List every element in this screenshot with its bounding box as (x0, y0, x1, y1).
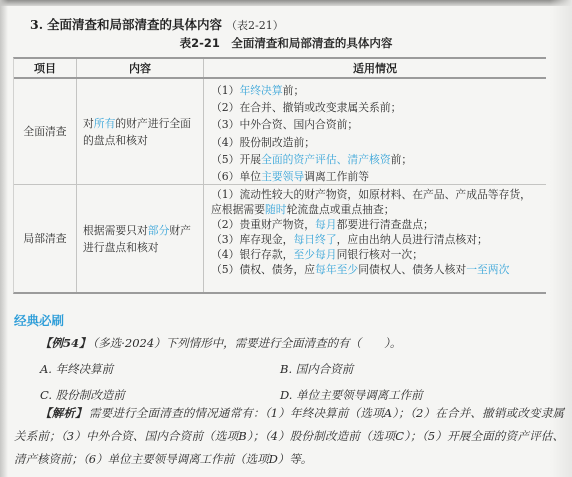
page-top-shadow (0, 0, 572, 6)
section-heading: 3. 全面清查和局部清查的具体内容 （表2-21） (30, 15, 284, 33)
situation-item: （5）开展全面的资产评估、清产核资前； (211, 151, 541, 168)
page-left-shadow (0, 0, 8, 477)
col-header-item: 项目 (14, 59, 77, 77)
option-c: C. 股份制改造前 (40, 387, 280, 403)
table-header-row: 项目 内容 适用情况 (14, 59, 546, 79)
inventory-check-table: 项目 内容 适用情况 全面清查 对所有的财产进行全面的盘点和核对 （1）年终决算… (13, 57, 546, 294)
col-header-situation: 适用情况 (204, 59, 546, 77)
row-item-label: 局部清查 (14, 185, 77, 292)
situation-item: （3）库存现金，每日终了，应由出纳人员进行清点核对； (211, 232, 541, 247)
situation-item: （4）股份制改造前； (211, 134, 541, 151)
analysis-tag: 【解析】 (40, 406, 87, 420)
textbook-page: 3. 全面清查和局部清查的具体内容 （表2-21） 表2-21 全面清查和局部清… (0, 0, 572, 477)
section-label-classic-drill: 经典必刷 (14, 311, 64, 329)
question-stem: 【例54】（多选·2024）下列情形中，需要进行全面清查的有（ ）。 (14, 335, 566, 351)
situation-item: （3）中外合资、国内合资前； (211, 116, 541, 133)
analysis-text: 需要进行全面清查的情况通常有：（1）年终决算前（选项A）；（2）在合并、撤销或改… (14, 406, 564, 466)
heading-table-ref: （表2-21） (226, 19, 284, 32)
heading-number: 3. (30, 17, 43, 32)
option-a: A. 年终决算前 (40, 361, 280, 377)
option-d: D. 单位主要领导调离工作前 (280, 387, 566, 403)
question-tag: 【例54】 (40, 336, 91, 350)
situation-item: （6）单位主要领导调离工作前等 (211, 168, 541, 185)
heading-title: 全面清查和局部清查的具体内容 (47, 17, 222, 32)
row-item-label: 全面清查 (14, 79, 77, 184)
question-text: （多选·2024）下列情形中，需要进行全面清查的有（ ）。 (93, 336, 402, 350)
situation-item: （2）在合并、撤销或改变隶属关系前； (211, 99, 541, 116)
example-question-54: 【例54】（多选·2024）下列情形中，需要进行全面清查的有（ ）。 A. 年终… (14, 335, 566, 403)
situation-item: （5）债权、债务，应每年至少同债权人、债务人核对一至两次 (211, 262, 541, 277)
row-situations-cell: （1）年终决算前； （2）在合并、撤销或改变隶属关系前； （3）中外合资、国内合… (204, 79, 546, 184)
option-b: B. 国内合资前 (280, 361, 566, 377)
question-options: A. 年终决算前 B. 国内合资前 C. 股份制改造前 D. 单位主要领导调离工… (14, 361, 566, 403)
row-content-cell: 对所有的财产进行全面的盘点和核对 (77, 79, 204, 184)
row-situations-cell: （1）流动性较大的财产物资，如原材料、在产品、产成品等存货，应根据需要随时轮流盘… (204, 185, 546, 292)
situation-item: （1）年终决算前； (211, 82, 541, 99)
col-header-content: 内容 (77, 59, 204, 77)
row-content-cell: 根据需要只对部分财产进行盘点和核对 (77, 185, 204, 292)
table-row-partial-check: 局部清查 根据需要只对部分财产进行盘点和核对 （1）流动性较大的财产物资，如原材… (14, 185, 546, 292)
situation-item: （2）贵重财产物资，每月都要进行清查盘点； (211, 217, 541, 232)
analysis-paragraph: 【解析】需要进行全面清查的情况通常有：（1）年终决算前（选项A）；（2）在合并、… (14, 402, 564, 471)
row-content-text: 根据需要只对部分财产进行盘点和核对 (83, 222, 197, 256)
situation-item: （1）流动性较大的财产物资，如原材料、在产品、产成品等存货，应根据需要随时轮流盘… (211, 187, 541, 217)
row-content-text: 对所有的财产进行全面的盘点和核对 (83, 115, 197, 149)
situation-item: （4）银行存款，至少每月同银行核对一次； (211, 247, 541, 262)
table-row-full-check: 全面清查 对所有的财产进行全面的盘点和核对 （1）年终决算前； （2）在合并、撤… (14, 79, 546, 185)
table-title: 表2-21 全面清查和局部清查的具体内容 (0, 35, 572, 51)
